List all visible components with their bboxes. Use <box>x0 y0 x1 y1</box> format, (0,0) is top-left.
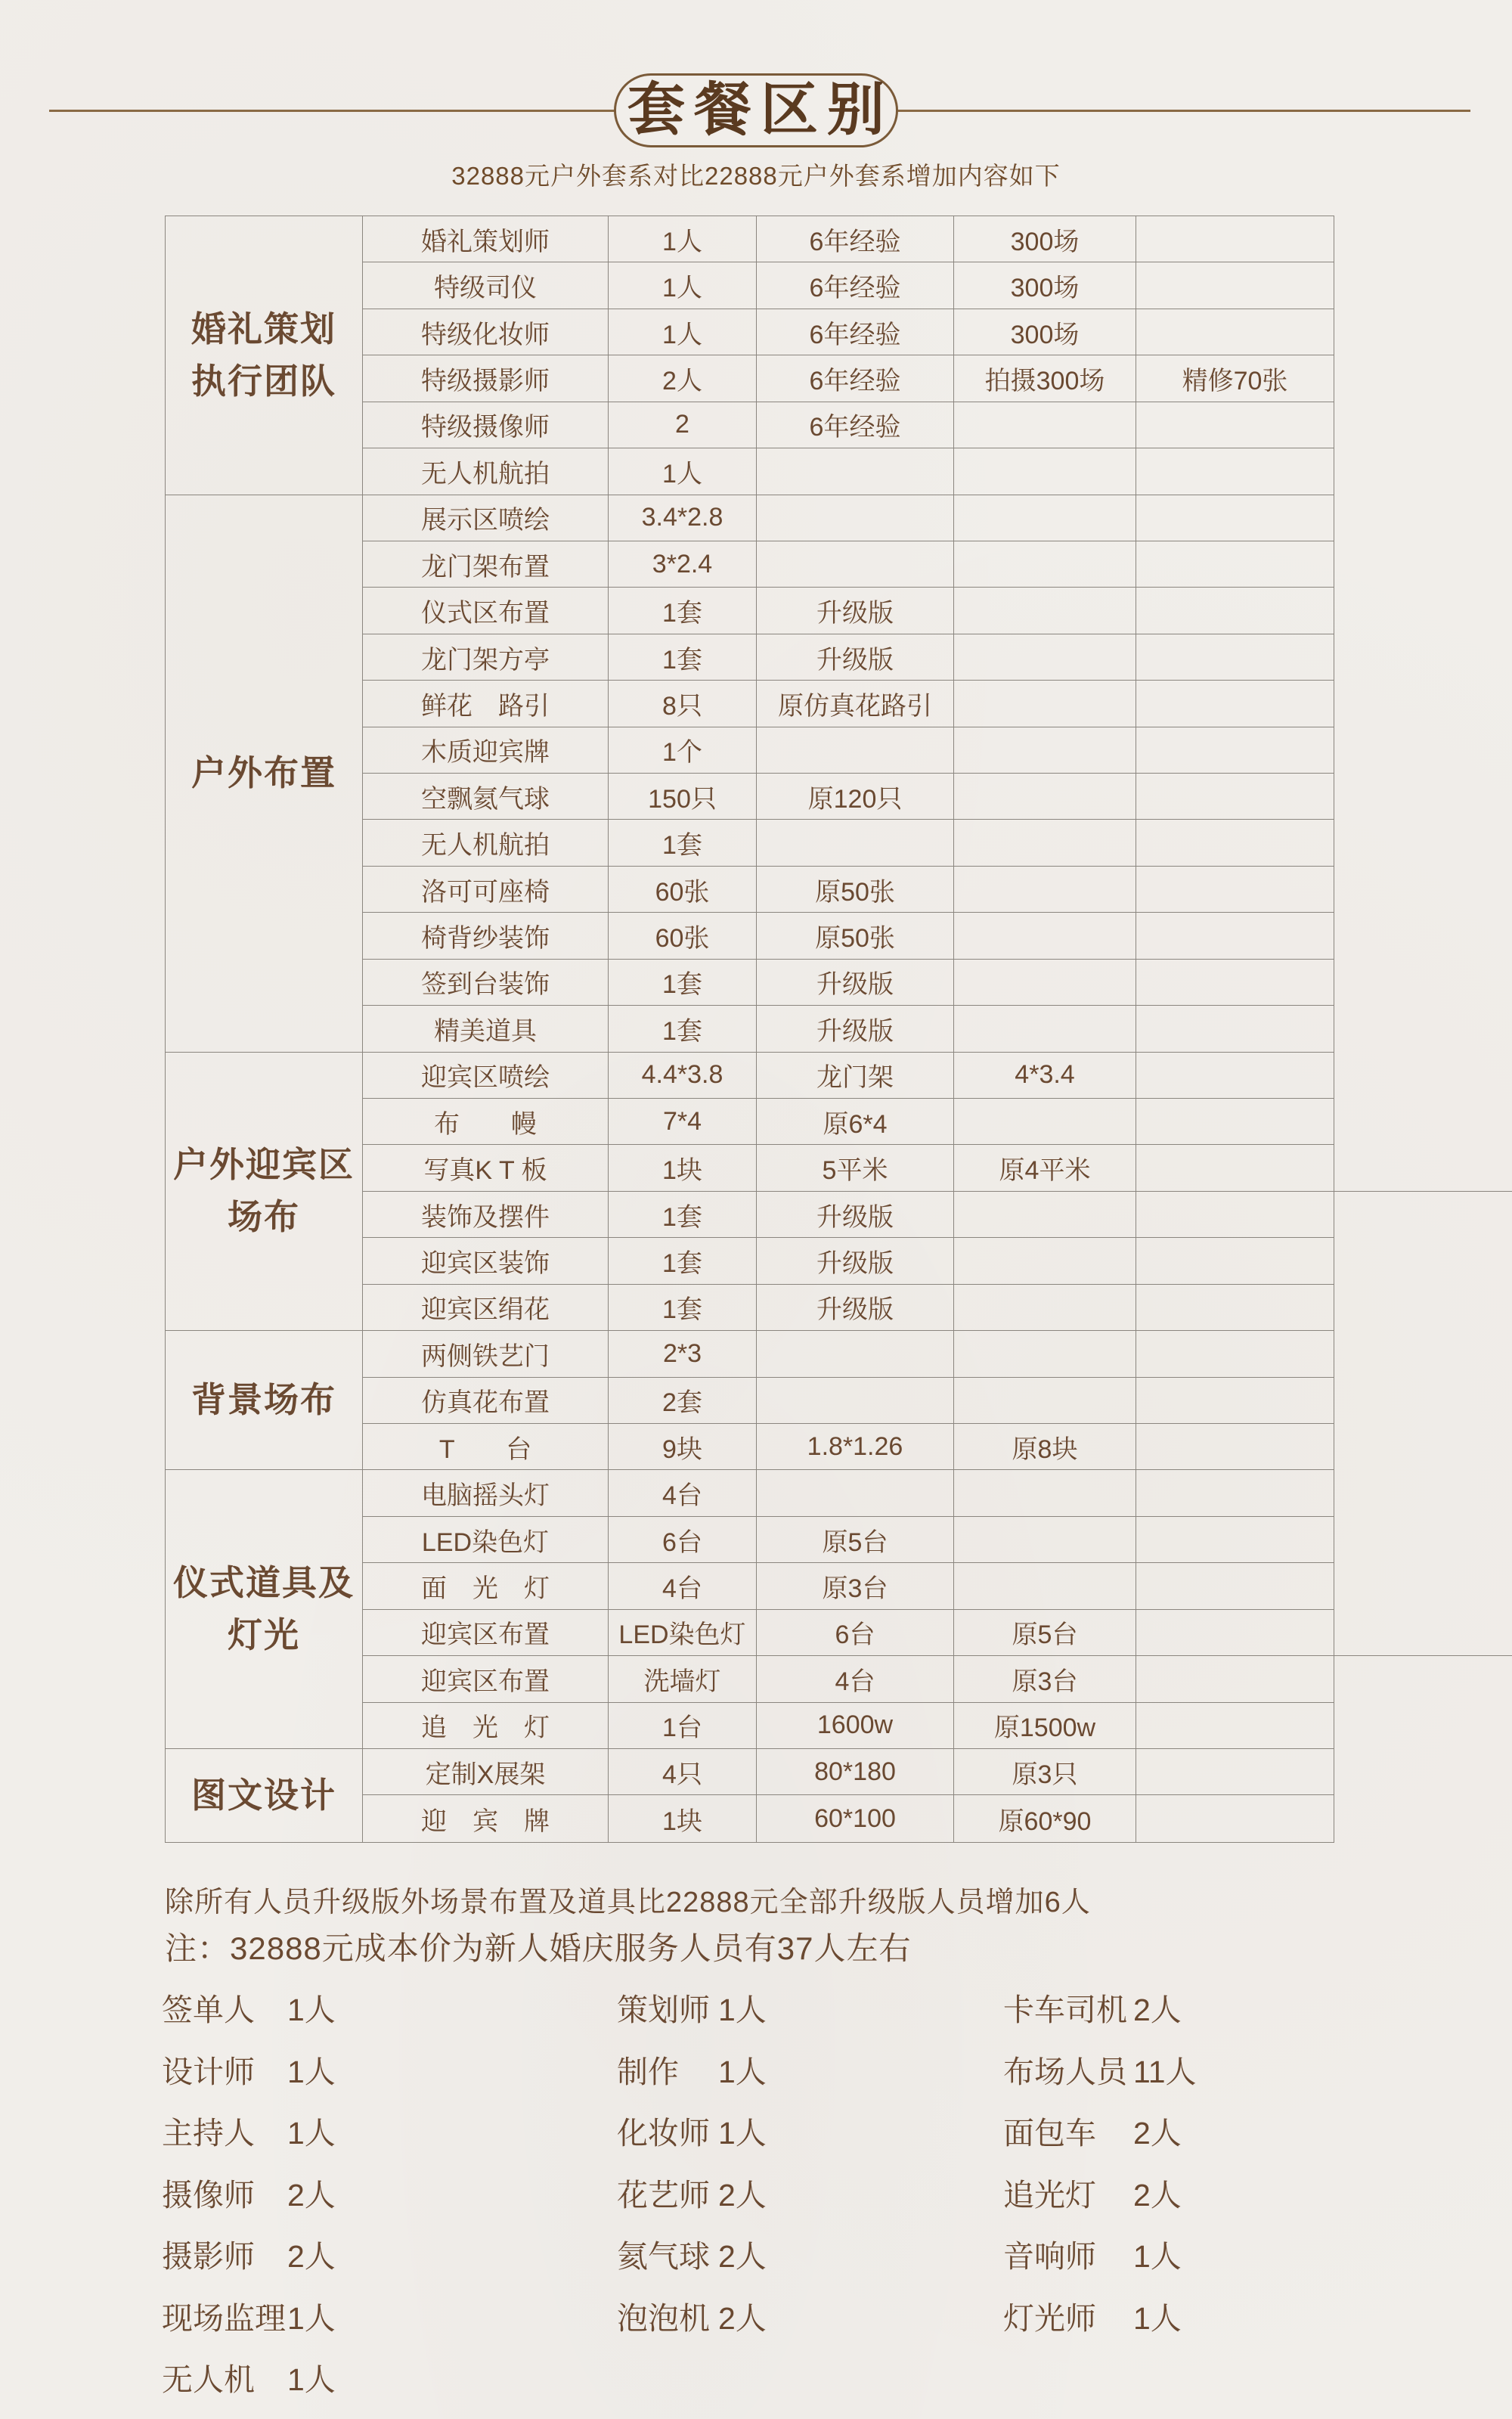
value-cell: 300场 <box>954 309 1136 355</box>
staff-label: 摄影师 <box>162 2231 287 2276</box>
note-line-1: 除所有人员升级版外场景布置及道具比22888元全部升级版人员增加6人 <box>165 1878 1091 1920</box>
value-cell <box>954 1331 1136 1377</box>
value-cell: 1人 <box>609 448 757 495</box>
item-cell: 鲜花 路引 <box>363 681 609 727</box>
item-cell: 婚礼策划师 <box>363 216 609 262</box>
value-cell: 升级版 <box>757 1285 954 1331</box>
value-cell <box>1136 448 1334 495</box>
value-cell: 1600w <box>757 1703 954 1749</box>
title-box: 套餐区别 <box>614 73 898 147</box>
staff-label: 布场人员 <box>1003 2047 1133 2092</box>
value-cell: 升级版 <box>757 1238 954 1284</box>
staff-entry: 卡车司机2人 <box>1003 1977 1351 2039</box>
value-cell <box>757 820 954 866</box>
item-cell: 迎宾区装饰 <box>363 1238 609 1284</box>
item-cell: 木质迎宾牌 <box>363 727 609 774</box>
item-cell: 定制X展架 <box>363 1749 609 1795</box>
category-label-line: 灯光 <box>228 1609 300 1661</box>
value-cell: 6台 <box>609 1517 757 1563</box>
value-cell <box>1136 1192 1334 1238</box>
value-cell: 原6*4 <box>757 1099 954 1145</box>
value-cell: 升级版 <box>757 1006 954 1052</box>
value-cell <box>1136 820 1334 866</box>
value-cell: 6年经验 <box>757 216 954 262</box>
staff-entry: 签单人1人 <box>162 1977 510 2039</box>
staff-entry: 无人机1人 <box>162 2346 510 2408</box>
value-cell: 3.4*2.8 <box>609 495 757 541</box>
value-cell <box>954 913 1136 959</box>
value-cell: 6年经验 <box>757 262 954 309</box>
item-cell: 椅背纱装饰 <box>363 913 609 959</box>
category-label-line: 执行团队 <box>191 355 336 408</box>
value-cell: 升级版 <box>757 588 954 634</box>
value-cell <box>1136 1331 1334 1377</box>
item-cell: 特级摄影师 <box>363 355 609 402</box>
value-cell <box>1136 634 1334 681</box>
staff-label: 摄像师 <box>162 2170 287 2215</box>
value-cell <box>1136 681 1334 727</box>
staff-entry: 灯光师1人 <box>1003 2285 1351 2347</box>
value-cell <box>1136 1563 1334 1609</box>
value-cell <box>954 1563 1136 1609</box>
value-cell <box>1136 960 1334 1006</box>
value-cell <box>1136 1145 1334 1191</box>
value-cell <box>954 541 1136 588</box>
value-cell: 60张 <box>609 867 757 913</box>
value-cell: 1台 <box>609 1703 757 1749</box>
value-cell: 原60*90 <box>954 1795 1136 1841</box>
value-cell <box>1136 402 1334 448</box>
staff-label: 卡车司机 <box>1003 1985 1133 2030</box>
value-cell: 1人 <box>609 262 757 309</box>
value-cell <box>954 820 1136 866</box>
value-cell <box>954 1470 1136 1516</box>
value-cell: 1人 <box>609 309 757 355</box>
staff-entry: 摄像师2人 <box>162 2162 510 2224</box>
staff-count: 2人 <box>1133 1985 1182 2030</box>
value-cell <box>1136 1610 1334 1656</box>
category-cell: 背景场布 <box>166 1331 363 1470</box>
value-cell: 精修70张 <box>1136 355 1334 402</box>
category-cell: 图文设计 <box>166 1749 363 1842</box>
category-label-line: 背景场布 <box>191 1374 336 1426</box>
category-cell: 户外迎宾区场布 <box>166 1053 363 1332</box>
category-label-line: 婚礼策划 <box>191 303 336 355</box>
value-cell: 6年经验 <box>757 355 954 402</box>
value-cell <box>1136 1238 1334 1284</box>
item-cell: 空飘氦气球 <box>363 774 609 820</box>
staff-count: 1人 <box>718 2047 767 2092</box>
staff-label: 氦气球 <box>617 2231 718 2276</box>
value-cell: 60张 <box>609 913 757 959</box>
value-cell: 1套 <box>609 634 757 681</box>
staff-count: 1人 <box>287 1985 336 2030</box>
staff-entry: 泡泡机2人 <box>617 2285 965 2347</box>
staff-label: 追光灯 <box>1003 2170 1133 2215</box>
value-cell <box>1136 541 1334 588</box>
value-cell: 4只 <box>609 1749 757 1795</box>
value-cell: 升级版 <box>757 960 954 1006</box>
item-cell: 仿真花布置 <box>363 1378 609 1424</box>
value-cell: 1套 <box>609 820 757 866</box>
item-cell: 迎宾区喷绘 <box>363 1053 609 1099</box>
value-cell <box>1136 309 1334 355</box>
staff-entry: 摄影师2人 <box>162 2223 510 2285</box>
value-cell <box>1136 1006 1334 1052</box>
value-cell <box>1136 1053 1334 1099</box>
value-cell: LED染色灯 <box>609 1610 757 1656</box>
value-cell: 4台 <box>609 1563 757 1609</box>
value-cell <box>1136 867 1334 913</box>
value-cell <box>954 1238 1136 1284</box>
item-cell: 追 光 灯 <box>363 1703 609 1749</box>
staff-count: 2人 <box>287 2170 336 2215</box>
item-cell: 洛可可座椅 <box>363 867 609 913</box>
value-cell: 2 <box>609 402 757 448</box>
value-cell <box>954 402 1136 448</box>
staff-label: 音响师 <box>1003 2231 1133 2276</box>
value-cell: 4.4*3.8 <box>609 1053 757 1099</box>
item-cell: 迎宾区布置 <box>363 1610 609 1656</box>
value-cell <box>757 727 954 774</box>
value-cell: 1套 <box>609 588 757 634</box>
staff-entry: 音响师1人 <box>1003 2223 1351 2285</box>
value-cell: 原50张 <box>757 867 954 913</box>
value-cell: 7*4 <box>609 1099 757 1145</box>
value-cell: 原仿真花路引 <box>757 681 954 727</box>
staff-count: 2人 <box>287 2231 336 2276</box>
value-cell <box>954 634 1136 681</box>
staff-count: 2人 <box>1133 2170 1182 2215</box>
value-cell: 1套 <box>609 1006 757 1052</box>
item-cell: 无人机航拍 <box>363 448 609 495</box>
bleed-rule-line-1 <box>1334 1191 1512 1192</box>
value-cell: 洗墙灯 <box>609 1656 757 1702</box>
value-cell <box>757 1470 954 1516</box>
value-cell: 1个 <box>609 727 757 774</box>
value-cell: 原1500w <box>954 1703 1136 1749</box>
value-cell: 原5台 <box>954 1610 1136 1656</box>
item-cell: 装饰及摆件 <box>363 1192 609 1238</box>
staff-entry: 策划师1人 <box>617 1977 965 2039</box>
value-cell <box>954 727 1136 774</box>
staff-count: 1人 <box>718 1985 767 2030</box>
value-cell: 8只 <box>609 681 757 727</box>
value-cell: 1套 <box>609 1285 757 1331</box>
staff-entry: 制作1人 <box>617 2039 965 2101</box>
item-cell: 仪式区布置 <box>363 588 609 634</box>
value-cell <box>954 1285 1136 1331</box>
value-cell: 原8块 <box>954 1424 1136 1470</box>
value-cell: 4*3.4 <box>954 1053 1136 1099</box>
value-cell: 4台 <box>757 1656 954 1702</box>
value-cell <box>954 1192 1136 1238</box>
item-cell: 龙门架布置 <box>363 541 609 588</box>
staff-label: 花艺师 <box>617 2170 718 2215</box>
staff-entry: 主持人1人 <box>162 2100 510 2162</box>
value-cell: 原5台 <box>757 1517 954 1563</box>
poster-page: 套餐区别 32888元户外套系对比22888元户外套系增加内容如下 婚礼策划执行… <box>0 0 1512 2419</box>
staff-label: 泡泡机 <box>617 2293 718 2338</box>
value-cell <box>954 495 1136 541</box>
category-label-line: 户外迎宾区 <box>173 1139 355 1191</box>
value-cell: 原4平米 <box>954 1145 1136 1191</box>
value-cell: 80*180 <box>757 1749 954 1795</box>
category-label-line: 场布 <box>228 1191 300 1243</box>
value-cell <box>1136 216 1334 262</box>
value-cell <box>954 1006 1136 1052</box>
value-cell <box>1136 1378 1334 1424</box>
staff-count: 1人 <box>1133 2231 1182 2276</box>
value-cell: 300场 <box>954 216 1136 262</box>
bleed-rule-line-2 <box>1334 1655 1512 1656</box>
item-cell: T 台 <box>363 1424 609 1470</box>
value-cell <box>954 960 1136 1006</box>
value-cell: 龙门架 <box>757 1053 954 1099</box>
value-cell: 6年经验 <box>757 309 954 355</box>
staff-label: 制作 <box>617 2047 718 2092</box>
value-cell <box>757 541 954 588</box>
value-cell: 6年经验 <box>757 402 954 448</box>
value-cell <box>1136 1749 1334 1795</box>
value-cell <box>1136 774 1334 820</box>
item-cell: 特级化妆师 <box>363 309 609 355</box>
staff-entry: 设计师1人 <box>162 2039 510 2101</box>
value-cell <box>954 588 1136 634</box>
staff-count: 1人 <box>287 2108 336 2153</box>
staff-count: 2人 <box>718 2170 767 2215</box>
value-cell: 1块 <box>609 1145 757 1191</box>
value-cell <box>1136 1795 1334 1841</box>
staff-label: 签单人 <box>162 1985 287 2030</box>
item-cell: 电脑摇头灯 <box>363 1470 609 1516</box>
subtitle: 32888元户外套系对比22888元户外套系增加内容如下 <box>0 157 1512 192</box>
category-label-line: 图文设计 <box>191 1769 336 1822</box>
value-cell <box>757 495 954 541</box>
item-cell: 面 光 灯 <box>363 1563 609 1609</box>
item-cell: LED染色灯 <box>363 1517 609 1563</box>
staff-count: 2人 <box>1133 2108 1182 2153</box>
staff-count: 11人 <box>1133 2047 1197 2092</box>
staff-column: 策划师1人制作1人化妆师1人花艺师2人氦气球2人泡泡机2人 <box>617 1977 965 2346</box>
value-cell: 2套 <box>609 1378 757 1424</box>
staff-entry: 花艺师2人 <box>617 2162 965 2224</box>
staff-count: 2人 <box>718 2231 767 2276</box>
staff-label: 策划师 <box>617 1985 718 2030</box>
item-cell: 无人机航拍 <box>363 820 609 866</box>
value-cell <box>1136 1099 1334 1145</box>
staff-label: 现场监理 <box>162 2293 287 2338</box>
category-label-line: 户外布置 <box>191 747 336 799</box>
value-cell <box>954 1099 1136 1145</box>
staff-entry: 面包车2人 <box>1003 2100 1351 2162</box>
staff-count: 1人 <box>287 2047 336 2092</box>
value-cell: 2*3 <box>609 1331 757 1377</box>
value-cell: 150只 <box>609 774 757 820</box>
category-cell: 婚礼策划执行团队 <box>166 216 363 495</box>
item-cell: 展示区喷绘 <box>363 495 609 541</box>
value-cell <box>954 1378 1136 1424</box>
value-cell: 1.8*1.26 <box>757 1424 954 1470</box>
item-cell: 迎宾区绢花 <box>363 1285 609 1331</box>
staff-count: 1人 <box>718 2108 767 2153</box>
item-cell: 迎宾区布置 <box>363 1656 609 1702</box>
value-cell: 1块 <box>609 1795 757 1841</box>
value-cell: 原3台 <box>954 1656 1136 1702</box>
value-cell <box>757 1331 954 1377</box>
staff-count: 1人 <box>287 2355 336 2399</box>
staff-entry: 追光灯2人 <box>1003 2162 1351 2224</box>
item-cell: 精美道具 <box>363 1006 609 1052</box>
value-cell <box>1136 588 1334 634</box>
staff-label: 主持人 <box>162 2108 287 2153</box>
value-cell: 5平米 <box>757 1145 954 1191</box>
value-cell: 3*2.4 <box>609 541 757 588</box>
value-cell: 9块 <box>609 1424 757 1470</box>
value-cell: 1套 <box>609 1238 757 1284</box>
value-cell <box>954 867 1136 913</box>
value-cell <box>1136 913 1334 959</box>
value-cell <box>1136 727 1334 774</box>
value-cell: 原3台 <box>757 1563 954 1609</box>
value-cell <box>954 681 1136 727</box>
value-cell <box>757 448 954 495</box>
item-cell: 写真K T 板 <box>363 1145 609 1191</box>
staff-count: 2人 <box>718 2293 767 2338</box>
item-cell: 特级摄像师 <box>363 402 609 448</box>
value-cell: 原120只 <box>757 774 954 820</box>
value-cell <box>1136 1517 1334 1563</box>
package-table: 婚礼策划执行团队婚礼策划师1人6年经验300场特级司仪1人6年经验300场特级化… <box>165 216 1334 1843</box>
item-cell: 签到台装饰 <box>363 960 609 1006</box>
page-title: 套餐区别 <box>618 82 894 139</box>
value-cell <box>1136 262 1334 309</box>
staff-entry: 现场监理1人 <box>162 2285 510 2347</box>
value-cell <box>1136 495 1334 541</box>
note-line-2: 注：32888元成本价为新人婚庆服务人员有37人左右 <box>165 1924 912 1969</box>
value-cell: 4台 <box>609 1470 757 1516</box>
staff-entry: 化妆师1人 <box>617 2100 965 2162</box>
staff-column: 签单人1人设计师1人主持人1人摄像师2人摄影师2人现场监理1人无人机1人 <box>162 1977 510 2408</box>
value-cell <box>1136 1656 1334 1702</box>
staff-label: 设计师 <box>162 2047 287 2092</box>
value-cell <box>954 1517 1136 1563</box>
value-cell: 60*100 <box>757 1795 954 1841</box>
staff-label: 化妆师 <box>617 2108 718 2153</box>
staff-entry: 布场人员11人 <box>1003 2039 1351 2101</box>
staff-entry: 氦气球2人 <box>617 2223 965 2285</box>
value-cell: 300场 <box>954 262 1136 309</box>
value-cell <box>1136 1703 1334 1749</box>
value-cell <box>1136 1470 1334 1516</box>
category-cell: 仪式道具及灯光 <box>166 1470 363 1749</box>
staff-column: 卡车司机2人布场人员11人面包车2人追光灯2人音响师1人灯光师1人 <box>1003 1977 1351 2346</box>
staff-label: 面包车 <box>1003 2108 1133 2153</box>
value-cell: 拍摄300场 <box>954 355 1136 402</box>
value-cell: 1套 <box>609 1192 757 1238</box>
value-cell: 升级版 <box>757 1192 954 1238</box>
value-cell: 原3只 <box>954 1749 1136 1795</box>
value-cell <box>1136 1424 1334 1470</box>
value-cell <box>954 774 1136 820</box>
value-cell: 1人 <box>609 216 757 262</box>
value-cell: 升级版 <box>757 634 954 681</box>
category-cell: 户外布置 <box>166 495 363 1053</box>
value-cell: 原50张 <box>757 913 954 959</box>
category-label-line: 仪式道具及 <box>173 1557 355 1609</box>
item-cell: 布 幔 <box>363 1099 609 1145</box>
staff-count: 1人 <box>1133 2293 1182 2338</box>
value-cell: 1套 <box>609 960 757 1006</box>
value-cell <box>757 1378 954 1424</box>
value-cell <box>1136 1285 1334 1331</box>
value-cell <box>954 448 1136 495</box>
item-cell: 迎 宾 牌 <box>363 1795 609 1841</box>
staff-label: 无人机 <box>162 2355 287 2399</box>
item-cell: 龙门架方亭 <box>363 634 609 681</box>
staff-count: 1人 <box>287 2293 336 2338</box>
value-cell: 2人 <box>609 355 757 402</box>
item-cell: 两侧铁艺门 <box>363 1331 609 1377</box>
staff-label: 灯光师 <box>1003 2293 1133 2338</box>
value-cell: 6台 <box>757 1610 954 1656</box>
item-cell: 特级司仪 <box>363 262 609 309</box>
